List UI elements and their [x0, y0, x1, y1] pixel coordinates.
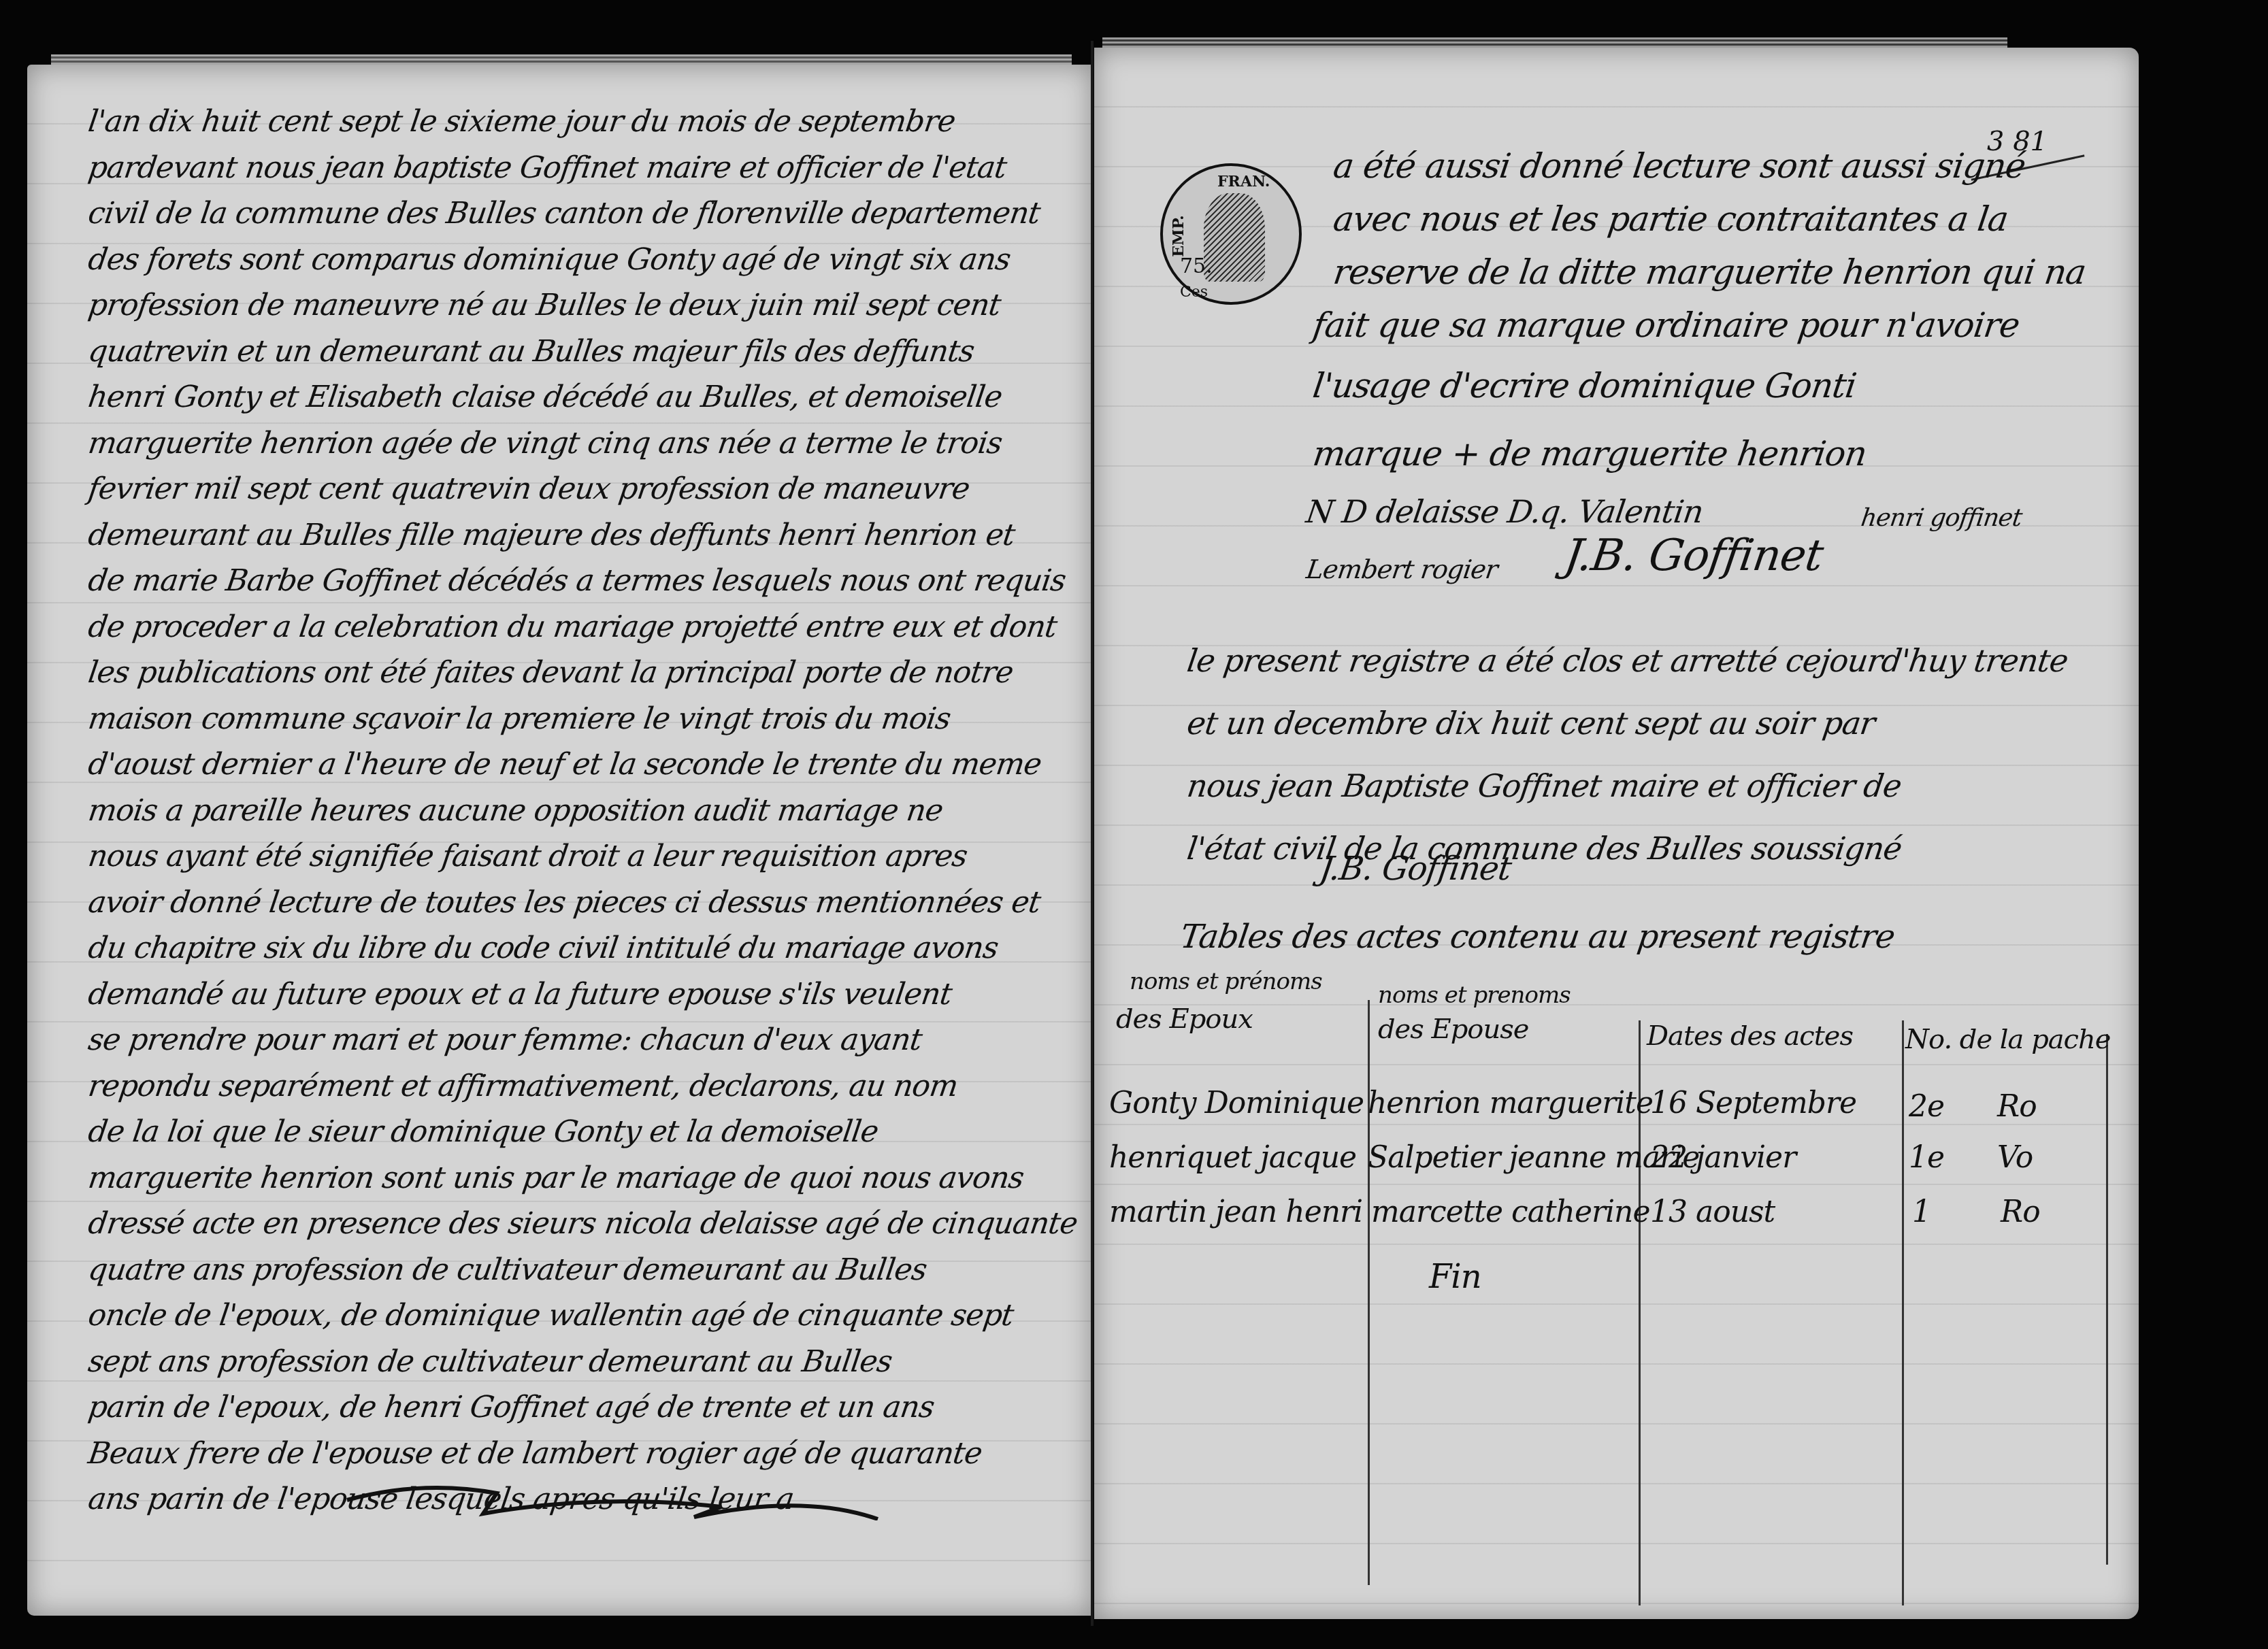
text-line: l'état civil de la commune des Bulles so… — [1183, 817, 2072, 880]
text-line: pardevant nous jean baptiste Goffinet ma… — [85, 145, 1080, 191]
text-line: Beaux frere de l'epouse et de lambert ro… — [85, 1431, 1080, 1477]
text-line: avoir donné lecture de toutes les pieces… — [85, 880, 1080, 926]
text-line: se prendre pour mari et pour femme: chac… — [85, 1017, 1080, 1063]
text-line: d'aoust dernier a l'heure de neuf et la … — [85, 742, 1080, 788]
text-line: dressé acte en presence des sieurs nicol… — [85, 1201, 1080, 1247]
col-header-epoux: des Epoux — [1116, 1003, 1253, 1035]
cell-epoux: martin jean henri — [1109, 1180, 1362, 1244]
text-line: a été aussi donné lecture sont aussi sig… — [1330, 139, 2090, 193]
signature-text: J.B. Goffinet — [1315, 837, 1515, 901]
text-line: l'an dix huit cent sept le sixieme jour … — [85, 99, 1080, 145]
text-line: sept ans profession de cultivateur demeu… — [85, 1339, 1080, 1385]
col-header-top: noms et prénoms — [1130, 966, 1322, 997]
tax-stamp-icon: FRAN. EMP. 75.Ces — [1160, 163, 1302, 305]
table-title: Tables des actes contenu au present regi… — [1181, 905, 1894, 969]
text-line: de la loi que le sieur dominique Gonty e… — [85, 1109, 1080, 1155]
book-spine — [1091, 41, 1094, 1626]
text-line: des forets sont comparus dominique Gonty… — [85, 237, 1080, 283]
text-line: maison commune sçavoir la premiere le vi… — [85, 696, 1080, 742]
text-line: le present registre a été clos et arrett… — [1183, 629, 2072, 692]
marriage-act-text: l'an dix huit cent sept le sixieme jour … — [88, 99, 1077, 1522]
table-end-mark: Fin — [1429, 1245, 1481, 1309]
text-line: et un decembre dix huit cent sept au soi… — [1183, 692, 2072, 754]
signature-mayor: J.B. Goffinet — [1565, 524, 1822, 588]
signature-text: J.B. Goffinet — [1560, 524, 1826, 588]
text-line: quatre ans profession de cultivateur dem… — [85, 1247, 1080, 1293]
closing-signature: J.B. Goffinet — [1320, 837, 1511, 901]
cell-epouse: marcette catherine — [1371, 1180, 1649, 1244]
stamp-side-text: EMP. — [1170, 215, 1187, 257]
seated-figure-icon — [1204, 193, 1265, 282]
signature-lambert-rogier: Lembert rogier — [1306, 537, 1497, 601]
text-line: du chapitre six du libre du code civil i… — [85, 925, 1080, 971]
stamp-top-text: FRAN. — [1217, 173, 1270, 190]
text-line: fait que sa marque ordinaire pour n'avoi… — [1310, 299, 2090, 352]
text-line: nous jean Baptiste Goffinet maire et off… — [1183, 754, 2072, 817]
text-line: profession de maneuvre né au Bulles le d… — [85, 282, 1080, 329]
text-line: quatrevin et un demeurant au Bulles maje… — [85, 329, 1080, 375]
text-line: reserve de la ditte marguerite henrion q… — [1330, 246, 2090, 299]
text-line: de marie Barbe Goffinet décédés a termes… — [85, 558, 1080, 604]
act-continuation: a été aussi donné lecture sont aussi sig… — [1334, 139, 2086, 488]
text-line: marque + de marguerite henrion — [1309, 420, 2090, 488]
text-line: repondu separément et affirmativement, d… — [85, 1063, 1080, 1110]
col-header-top: noms et prenoms — [1378, 980, 1571, 1011]
col-header-dates: Dates des actes — [1647, 1020, 1853, 1052]
stamp-value: 75.Ces — [1180, 254, 1213, 302]
text-line: parin de l'epoux, de henri Goffinet agé … — [85, 1384, 1080, 1431]
text-line: mois a pareille heures aucune opposition… — [85, 788, 1080, 834]
text-line: demeurant au Bulles fille majeure des de… — [85, 512, 1080, 559]
text-line: les publications ont été faites devant l… — [85, 650, 1080, 696]
cell-side: Ro — [2001, 1180, 2040, 1244]
text-line: marguerite henrion agée de vingt cinq an… — [85, 420, 1080, 467]
col-header-page: No. de la pache — [1905, 1024, 2110, 1055]
cell-date: 13 aoust — [1650, 1180, 1775, 1244]
text-line: fevrier mil sept cent quatrevin deux pro… — [85, 466, 1080, 512]
table-column-divider — [1902, 1020, 1904, 1605]
text-line: oncle de l'epoux, de dominique wallentin… — [85, 1293, 1080, 1339]
cell-page: 1 — [1912, 1180, 1930, 1244]
table-column-divider — [2106, 1034, 2108, 1565]
signature-henri-goffinet: henri goffinet — [1861, 486, 2022, 550]
signature-text: henri goffinet — [1856, 486, 2026, 550]
text-line: henri Gonty et Elisabeth claise décédé a… — [85, 374, 1080, 420]
table-title-text: Tables des actes contenu au present regi… — [1176, 905, 1899, 969]
text-line: nous ayant été signifiée faisant droit a… — [85, 833, 1080, 880]
closing-statement: le present registre a été clos et arrett… — [1187, 629, 2067, 880]
text-line: avec nous et les partie contraitantes a … — [1330, 193, 2090, 246]
closing-flourish-icon — [340, 1480, 885, 1520]
col-header-epouse: des Epouse — [1378, 1014, 1528, 1045]
text-line: demandé au future epoux et a la future e… — [85, 971, 1080, 1018]
text-line: l'usage d'ecrire dominique Gonti — [1309, 352, 2090, 420]
text-line: marguerite henrion sont unis par le mari… — [85, 1155, 1080, 1201]
signature-text: Lembert rogier — [1302, 537, 1501, 601]
text-line: de proceder a la celebration du mariage … — [85, 604, 1080, 650]
text-line: civil de la commune des Bulles canton de… — [85, 190, 1080, 237]
